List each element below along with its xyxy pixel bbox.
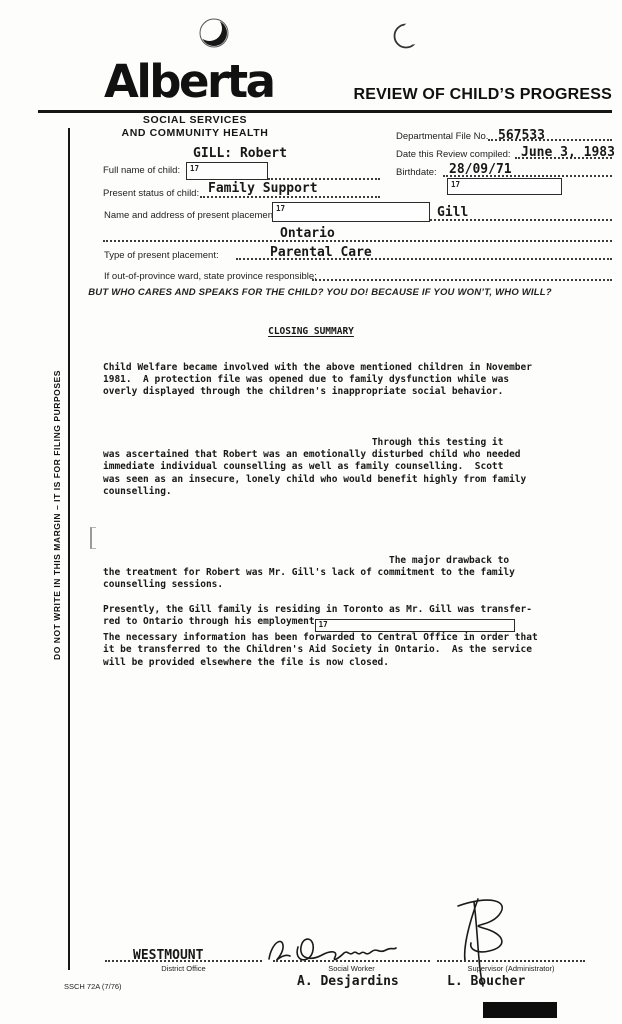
- social-worker-line: [273, 960, 430, 962]
- file-no-label: Departmental File No.: [396, 131, 488, 142]
- review-date-label: Date this Review compiled:: [396, 149, 511, 160]
- closing-summary-heading: CLOSING SUMMARY: [0, 326, 622, 337]
- org-name-line1: SOCIAL SERVICES: [95, 114, 295, 126]
- summary-paragraph-1: Child Welfare became involved with the a…: [103, 362, 532, 399]
- header-rule: [38, 110, 612, 113]
- child-name-typed: GILL: Robert: [193, 146, 287, 161]
- full-name-redaction-box: 17: [186, 162, 268, 180]
- status-label: Present status of child:: [103, 188, 199, 199]
- redaction-code: 17: [190, 164, 199, 173]
- birthdate-label: Birthdate:: [396, 167, 437, 178]
- placement-type-label: Type of present placement:: [104, 250, 219, 261]
- placement-line2: [103, 240, 612, 242]
- scan-artifact-bracket: [90, 527, 96, 549]
- birthdate-redaction-box: 17: [447, 178, 562, 195]
- bottom-redaction-bar: [483, 1002, 557, 1018]
- placement-type-value: Parental Care: [270, 245, 372, 260]
- form-motto: BUT WHO CARES AND SPEAKS FOR THE CHILD? …: [40, 287, 600, 298]
- redaction-code: 17: [319, 620, 514, 629]
- scanned-document-page: Alberta REVIEW OF CHILD’S PROGRESS SOCIA…: [0, 0, 622, 1024]
- social-worker-signature: [265, 923, 400, 969]
- placement-value-line1: Gill: [437, 205, 468, 220]
- social-worker-name: A. Desjardins: [297, 974, 399, 989]
- supervisor-line: [437, 960, 585, 962]
- punch-hole-icon: [197, 16, 231, 50]
- file-no-value: 567533: [498, 128, 545, 143]
- social-worker-label: Social Worker: [273, 964, 430, 973]
- margin-note: DO NOT WRITE IN THIS MARGIN – IT IS FOR …: [52, 370, 62, 660]
- district-office-line: [105, 960, 262, 962]
- province-line: [312, 279, 612, 281]
- province-label: If out-of-province ward, state province …: [104, 271, 317, 282]
- summary-paragraph-4: Presently, the Gill family is residing i…: [103, 604, 538, 669]
- paragraph-4-text-end: The necessary information has been forwa…: [103, 632, 538, 667]
- full-name-line: [268, 178, 380, 180]
- margin-rule: [68, 128, 70, 970]
- document-title: REVIEW OF CHILD’S PROGRESS: [353, 86, 612, 104]
- placement-label: Name and address of present placement:: [104, 210, 278, 221]
- placement-value-line2: Ontario: [280, 226, 335, 241]
- status-line: [200, 196, 380, 198]
- review-date-value: June 3, 1983: [521, 145, 615, 160]
- supervisor-name: L. Boucher: [447, 974, 525, 989]
- org-name-line2: AND COMMUNITY HEALTH: [95, 127, 295, 139]
- form-code: SSCH 72A (7/76): [64, 982, 122, 991]
- alberta-logo: Alberta: [104, 55, 274, 108]
- employment-redaction-box: 17: [315, 619, 515, 632]
- summary-paragraph-2: Through this testing it was ascertained …: [103, 437, 526, 498]
- supervisor-label: Supervisor (Administrator): [437, 964, 585, 973]
- birthdate-value: 28/09/71: [449, 162, 512, 177]
- redaction-code: 17: [451, 180, 460, 189]
- placement-redaction-box: 17: [272, 202, 430, 222]
- punch-hole-icon: [392, 22, 422, 52]
- status-value: Family Support: [208, 181, 318, 196]
- district-office-label: District Office: [105, 964, 262, 973]
- full-name-label: Full name of child:: [103, 165, 180, 176]
- summary-paragraph-3: The major drawback to the treatment for …: [103, 555, 515, 592]
- redaction-code: 17: [276, 204, 285, 213]
